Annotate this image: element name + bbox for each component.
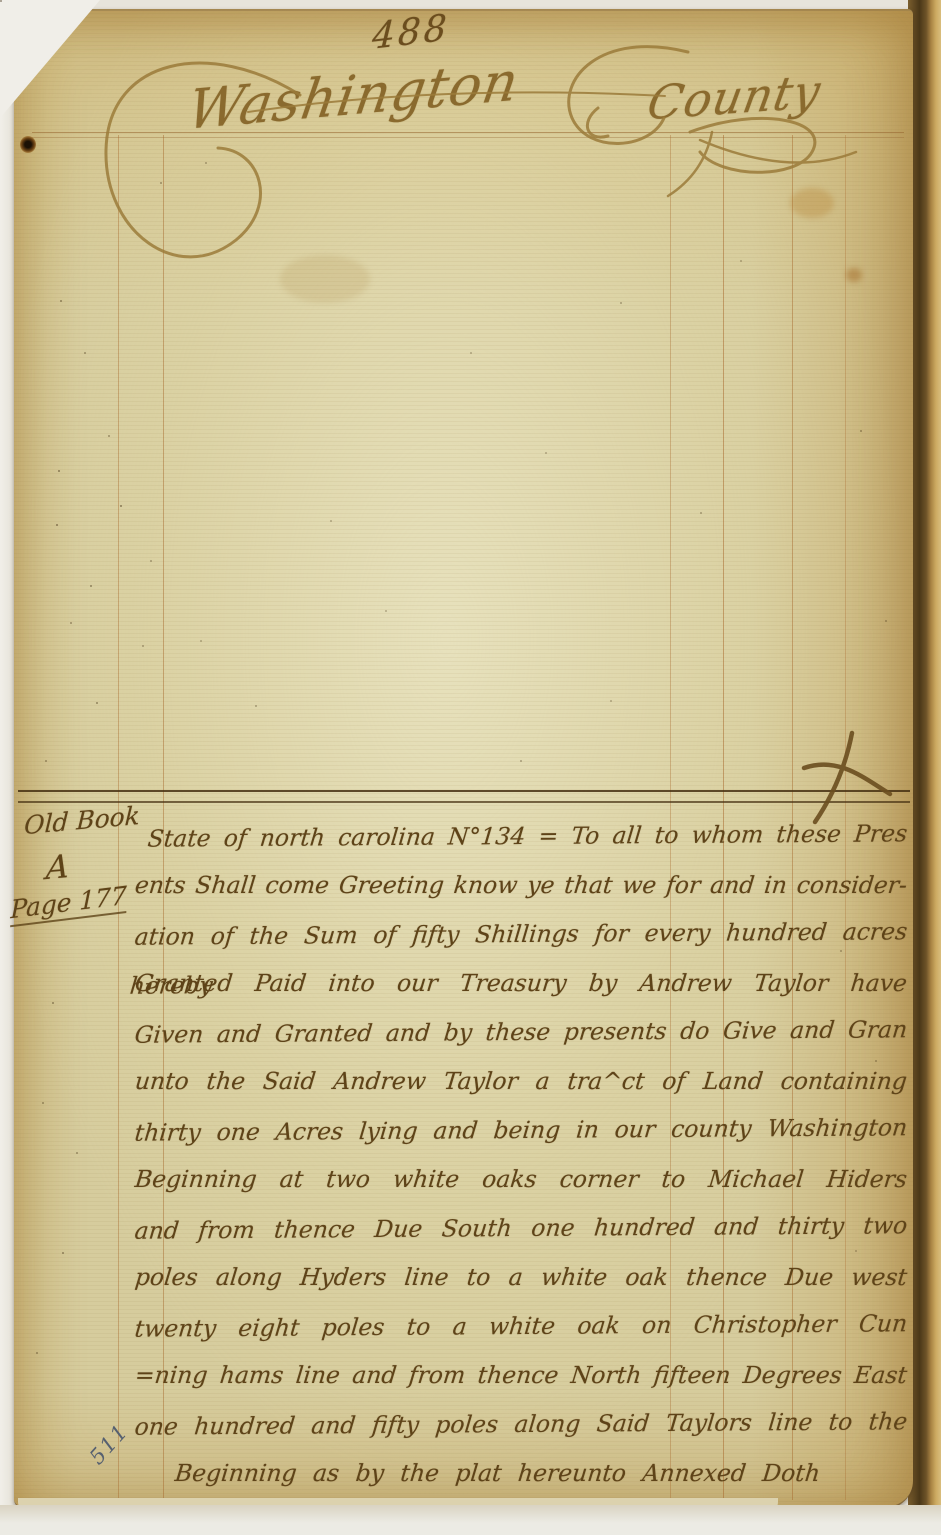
deed-text-line: poles along Hyders line to a white oak t… xyxy=(132,1253,909,1302)
deed-text-line: Granted Paid into our Treasury by Andrew… xyxy=(132,959,909,1008)
deed-text-line: thirty one Acres lying and being in our … xyxy=(132,1103,909,1157)
scanner-background-bottom xyxy=(0,1505,941,1535)
paper-stain xyxy=(280,255,370,303)
deed-text-line: ents Shall come Greeting know ye that we… xyxy=(132,861,909,910)
deed-text-line: State of north carolina N°134 = To all t… xyxy=(145,809,909,863)
deed-text-body: State of north carolina N°134 = To all t… xyxy=(0,812,941,1498)
deed-text-line: twenty eight poles to a white oak on Chr… xyxy=(132,1299,909,1353)
deed-book-scan: 488 Washington County Old Book A Page 17… xyxy=(0,0,941,1535)
ink-stain xyxy=(790,188,834,218)
burn-hole-spot xyxy=(20,136,36,153)
deed-text-line: one hundred and fifty poles along Said T… xyxy=(132,1397,909,1451)
foxing-specks xyxy=(0,0,2,2)
deed-text-line: unto the Said Andrew Taylor a tra^ct of … xyxy=(132,1057,909,1106)
deed-text-line: =ning hams line and from thence North fi… xyxy=(132,1351,909,1400)
deed-text-line: ation of the Sum of fifty Shillings for … xyxy=(132,907,909,961)
deed-text-line: Beginning at two white oaks corner to Mi… xyxy=(132,1155,909,1204)
ink-stain-small xyxy=(846,268,862,282)
deed-text-line: and from thence Due South one hundred an… xyxy=(132,1201,909,1255)
deed-text-line: Given and Granted and by these presents … xyxy=(132,1005,909,1059)
deed-text-line: Beginning as by the plat hereunto Annexe… xyxy=(172,1449,822,1498)
